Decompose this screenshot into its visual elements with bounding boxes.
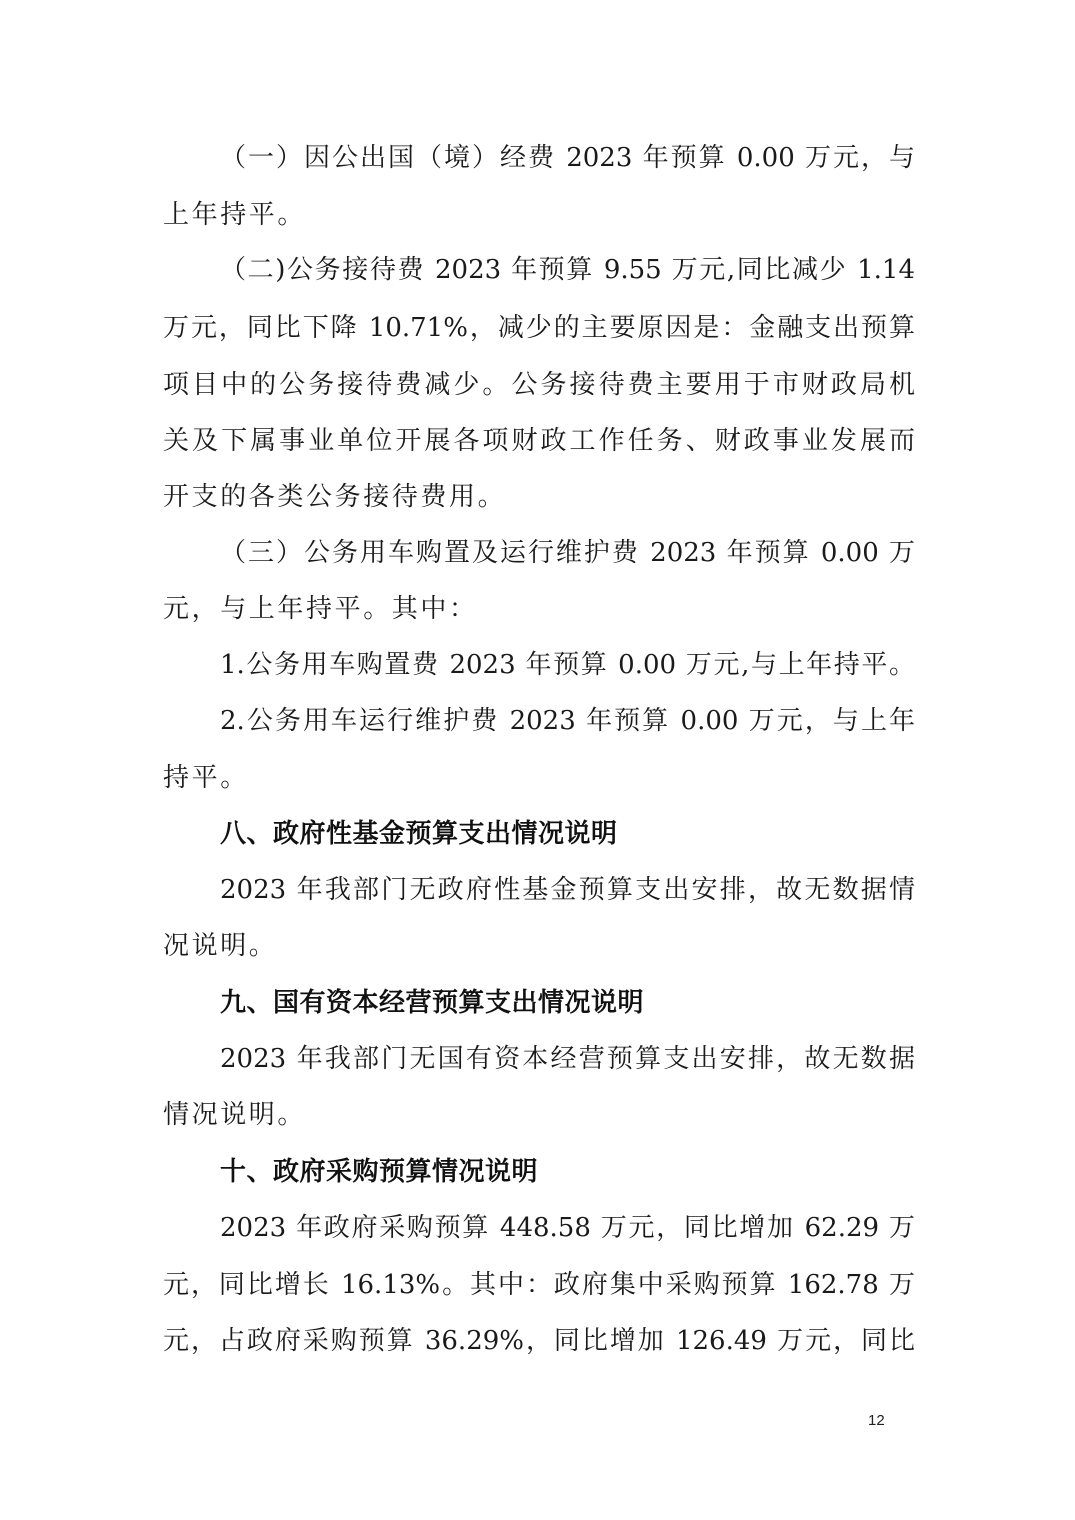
text-line: 上年持平。 xyxy=(163,195,915,235)
text-line: 1.公务用车购置费 2023 年预算 0.00 万元,与上年持平。 xyxy=(220,645,915,685)
document-page: （一）因公出国（境）经费 2023 年预算 0.00 万元，与 上年持平。 （二… xyxy=(0,0,1075,1520)
text-line: 2023 年政府采购预算 448.58 万元，同比增加 62.29 万 xyxy=(220,1208,915,1248)
text-line: 元，与上年持平。其中： xyxy=(163,589,915,629)
text-line: 元，占政府采购预算 36.29%，同比增加 126.49 万元，同比 xyxy=(163,1321,915,1361)
section-heading: 八、政府性基金预算支出情况说明 xyxy=(220,814,915,854)
text-line: 持平。 xyxy=(163,758,915,798)
text-line: 2023 年我部门无政府性基金预算支出安排，故无数据情 xyxy=(220,870,915,910)
text-line: （三）公务用车购置及运行维护费 2023 年预算 0.00 万 xyxy=(220,533,915,573)
text-line: 2023 年我部门无国有资本经营预算支出安排，故无数据 xyxy=(220,1039,915,1079)
text-line: 项目中的公务接待费减少。公务接待费主要用于市财政局机 xyxy=(163,365,915,405)
section-heading: 九、国有资本经营预算支出情况说明 xyxy=(220,983,915,1023)
text-line: 元，同比增长 16.13%。其中：政府集中采购预算 162.78 万 xyxy=(163,1265,915,1305)
page-number: 12 xyxy=(868,1412,908,1429)
text-line: 况说明。 xyxy=(163,926,915,966)
text-line: 万元，同比下降 10.71%，减少的主要原因是：金融支出预算 xyxy=(163,308,915,348)
text-line: 情况说明。 xyxy=(163,1095,915,1135)
text-line: （一）因公出国（境）经费 2023 年预算 0.00 万元，与 xyxy=(220,138,915,178)
section-heading: 十、政府采购预算情况说明 xyxy=(220,1152,915,1192)
text-line: 开支的各类公务接待费用。 xyxy=(163,477,915,517)
text-line: （二)公务接待费 2023 年预算 9.55 万元,同比减少 1.14 xyxy=(220,250,915,290)
text-line: 关及下属事业单位开展各项财政工作任务、财政事业发展而 xyxy=(163,421,915,461)
text-line: 2.公务用车运行维护费 2023 年预算 0.00 万元，与上年 xyxy=(220,701,915,741)
